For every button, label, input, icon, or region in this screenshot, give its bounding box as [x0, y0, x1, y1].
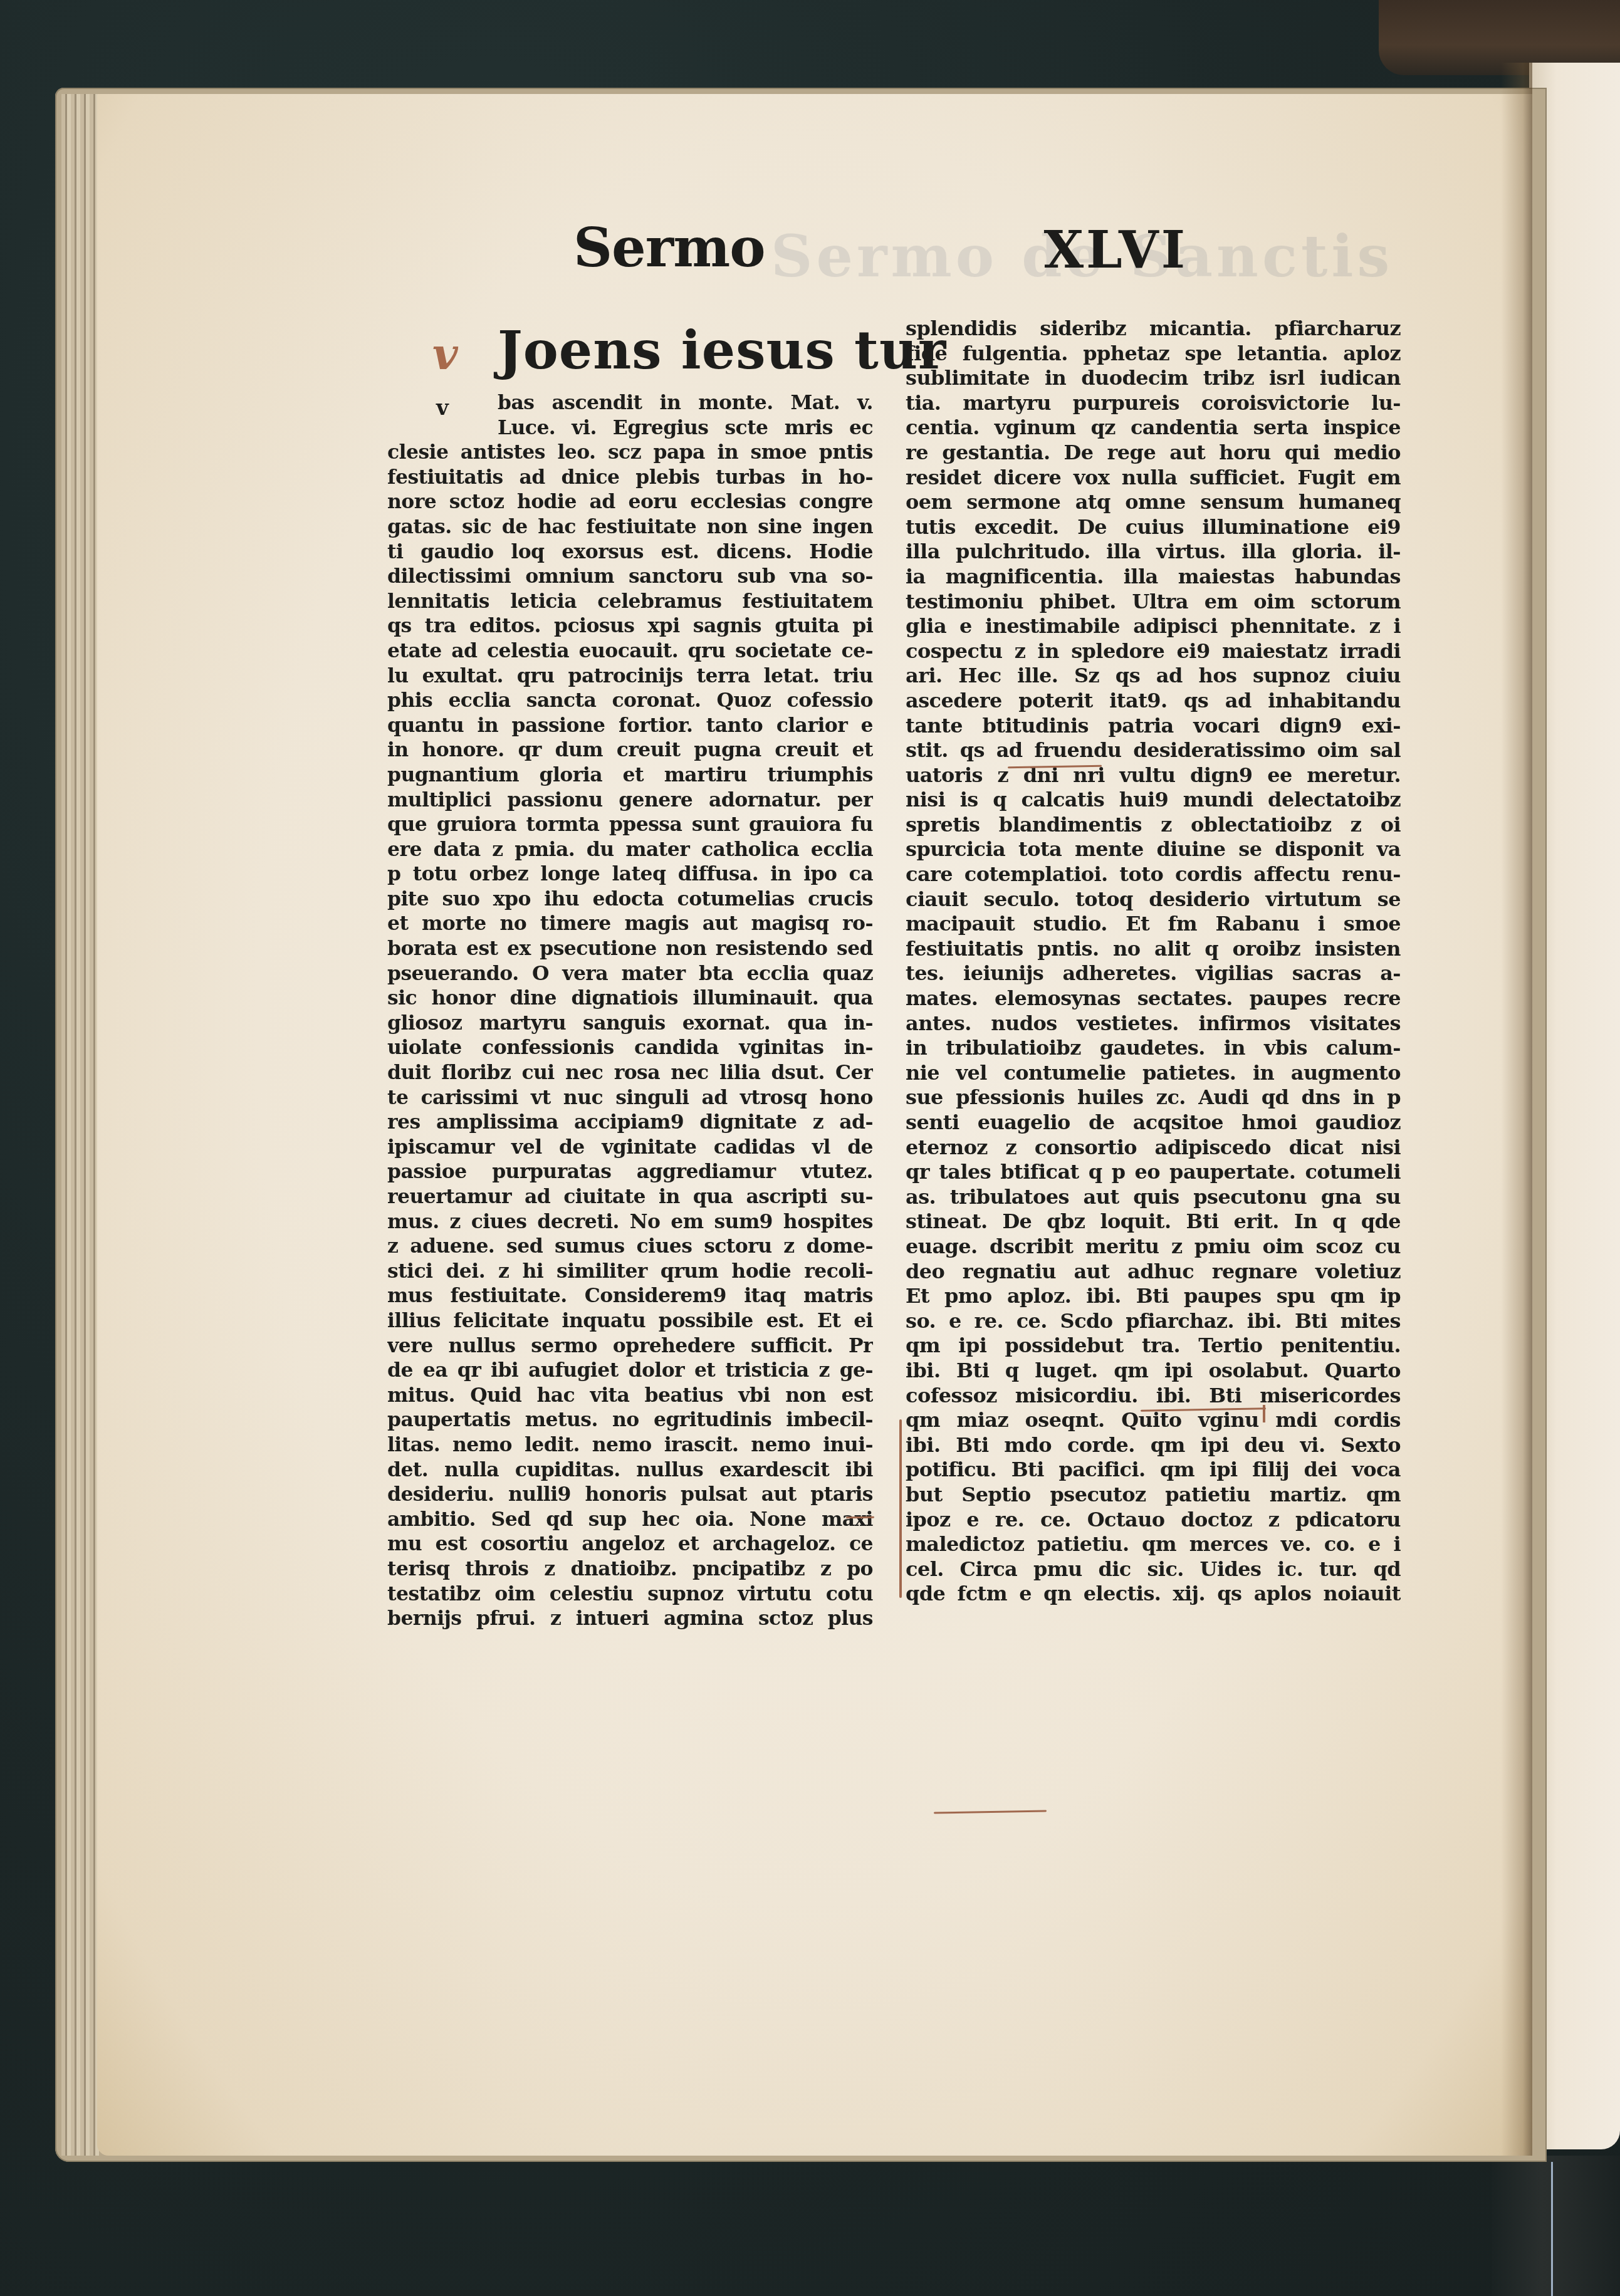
text-line: bas ascendit in monte. Mat. v. — [387, 390, 873, 415]
text-line: etate ad celestia euocauit. qru societat… — [387, 639, 873, 664]
text-line: tante btitudinis patria vocari dign9 exi… — [906, 714, 1401, 739]
text-line: reuertamur ad ciuitate in qua ascripti s… — [387, 1184, 873, 1209]
text-line: but Septio psecutoz patietiu martiz. qm — [906, 1483, 1401, 1508]
text-line: passioe purpuratas aggrediamur vtutez. — [387, 1159, 873, 1184]
text-line: phis ecclia sancta coronat. Quoz cofessi… — [387, 688, 873, 713]
text-line: terisq throis z dnatioibz. pncipatibz z … — [387, 1557, 873, 1582]
folio-number: XLVI — [1043, 220, 1188, 280]
text-line: de ea qr ibi aufugiet dolor et tristicia… — [387, 1358, 873, 1383]
text-line: vere nullus sermo oprehedere sufficit. P… — [387, 1333, 873, 1359]
text-line: res amplissima accipiam9 dignitate z ad- — [387, 1110, 873, 1135]
text-line: spurcicia tota mente diuine se disponit … — [906, 837, 1401, 862]
text-line: nisi is q calcatis hui9 mundi delectatoi… — [906, 788, 1401, 813]
text-line: spretis blandimentis z oblectatioibz z o… — [906, 813, 1401, 838]
text-line: pite suo xpo ihu edocta cotumelias cruci… — [387, 887, 873, 912]
text-line: gatas. sic de hac festiuitate non sine i… — [387, 514, 873, 540]
text-line: gliosoz martyru sanguis exornat. qua in- — [387, 1011, 873, 1036]
text-line: illa pulchritudo. illa virtus. illa glor… — [906, 540, 1401, 565]
text-line: uatoris z dni nri vultu dign9 ee meretur… — [906, 763, 1401, 788]
text-line: desideriu. nulli9 honoris pulsat aut pta… — [387, 1482, 873, 1507]
incipit: v Joens iesus tur — [387, 316, 873, 390]
text-line: litas. nemo ledit. nemo irascit. nemo in… — [387, 1432, 873, 1458]
text-line: ibi. Bti q luget. qm ipi osolabut. Quart… — [906, 1359, 1401, 1384]
text-line: stit. qs ad fruendu desideratissimo oim … — [906, 738, 1401, 763]
rubric-margin-bracket — [899, 1419, 902, 1598]
text-line: borata est ex psecutione non resistendo … — [387, 936, 873, 961]
book-binding-bottom — [1492, 2156, 1620, 2296]
text-line: sublimitate in duodecim tribz isrl iudic… — [906, 366, 1401, 391]
incipit-text: Joens iesus tur — [498, 316, 873, 384]
text-line: oem sermone atq omne sensum humaneq — [906, 490, 1401, 515]
text-line: mus festiuitate. Considerem9 itaq matris — [387, 1283, 873, 1308]
text-line: deo regnatiu aut adhuc regnare voletiuz — [906, 1260, 1401, 1285]
text-line: ia magnificentia. illa maiestas habundas — [906, 565, 1401, 590]
rubric-mark — [1263, 1405, 1265, 1422]
text-line: mitus. Quid hac vita beatius vbi non est — [387, 1383, 873, 1408]
text-line: testimoniu phibet. Ultra em oim sctorum — [906, 590, 1401, 615]
text-line: so. e re. ce. Scdo pfiarchaz. ibi. Bti m… — [906, 1309, 1401, 1334]
text-line: care cotemplatioi. toto cordis affectu r… — [906, 862, 1401, 887]
text-line: bernijs pfrui. z intueri agmina sctoz pl… — [387, 1606, 873, 1631]
running-head-title: Sermo — [573, 216, 765, 279]
text-line: sic honor dine dignatiois illuminauit. q… — [387, 986, 873, 1011]
text-line: eternoz z consortio adipiscedo dicat nis… — [906, 1135, 1401, 1161]
text-line: sue pfessionis huiles zc. Audi qd dns in… — [906, 1085, 1401, 1110]
text-line: ti gaudio loq exorsus est. dicens. Hodie — [387, 540, 873, 565]
text-line: ipoz e re. ce. Octauo doctoz z pdicatoru — [906, 1508, 1401, 1533]
text-line: tes. ieiunijs adheretes. vigilias sacras… — [906, 961, 1401, 986]
text-line: det. nulla cupiditas. nullus exardescit … — [387, 1458, 873, 1483]
text-line: multiplici passionu genere adornatur. pe… — [387, 788, 873, 813]
text-line: duit floribz cui nec rosa nec lilia dsut… — [387, 1060, 873, 1085]
text-column-right: splendidis sideribz micantia. pfiarcharu… — [906, 316, 1401, 1607]
text-line: nore sctoz hodie ad eoru ecclesias congr… — [387, 489, 873, 514]
text-line: p totu orbez longe lateq diffusa. in ipo… — [387, 862, 873, 887]
text-line: z aduene. sed sumus ciues sctoru z dome- — [387, 1234, 873, 1259]
text-line: potificu. Bti pacifici. qm ipi filij dei… — [906, 1458, 1401, 1483]
text-line: dilectissimi omnium sanctoru sub vna so- — [387, 564, 873, 589]
text-line: cel. Circa pmu dic sic. Uides ic. tur. q… — [906, 1557, 1401, 1582]
text-line: ari. Hec ille. Sz qs ad hos supnoz ciuiu — [906, 664, 1401, 689]
text-line: mates. elemosynas sectates. paupes recre — [906, 986, 1401, 1011]
text-column-left: v Joens iesus tur v bas ascendit in mont… — [387, 316, 873, 1631]
binding-thread — [1551, 2162, 1553, 2296]
text-line: mus. z ciues decreti. No em sum9 hospite… — [387, 1209, 873, 1234]
text-line: antes. nudos vestietes. infirmos visitat… — [906, 1011, 1401, 1036]
text-line: ascedere poterit itat9. qs ad inhabitand… — [906, 689, 1401, 714]
text-line: centia. vginum qz candentia serta inspic… — [906, 415, 1401, 441]
text-line: cospectu z in spledore ei9 maiestatz irr… — [906, 639, 1401, 664]
text-line: te carissimi vt nuc singuli ad vtrosq ho… — [387, 1085, 873, 1110]
text-line: mu est cosortiu angeloz et archageloz. c… — [387, 1532, 873, 1557]
text-line: clesie antistes leo. scz papa in smoe pn… — [387, 440, 873, 465]
text-line: lu exultat. qru patrocinijs terra letat.… — [387, 664, 873, 689]
gutter-shadow — [1501, 63, 1532, 2156]
text-line: festiuitatis pntis. no alit q oroibz ins… — [906, 937, 1401, 962]
text-line: ibi. Bti mdo corde. qm ipi deu vi. Sexto — [906, 1433, 1401, 1458]
printed-guide-letter: v — [436, 395, 449, 420]
text-line: lennitatis leticia celebramus festiuitat… — [387, 589, 873, 614]
text-line: tutis excedit. De cuius illuminatione ei… — [906, 515, 1401, 540]
text-line: re gestantia. De rege aut horu qui medio — [906, 441, 1401, 466]
text-line: as. tribulatoes aut quis psecutonu gna s… — [906, 1185, 1401, 1210]
text-line: ambitio. Sed qd sup hec oia. None maxi — [387, 1507, 873, 1532]
text-line: qde fctm e qn electis. xij. qs aplos noi… — [906, 1582, 1401, 1607]
text-line: pugnantium gloria et martiru triumphis — [387, 763, 873, 788]
text-line: glia e inestimabile adipisci phennitate.… — [906, 614, 1401, 639]
text-line: Luce. vi. Egregius scte mris ec — [387, 415, 873, 441]
text-line: tia. martyru purpureis coroisvictorie lu… — [906, 391, 1401, 416]
text-line: illius felicitate inquatu possibile est.… — [387, 1308, 873, 1333]
text-line: qr tales btificat q p eo paupertate. cot… — [906, 1160, 1401, 1185]
text-line: paupertatis metus. no egritudinis imbeci… — [387, 1407, 873, 1432]
text-line: ipiscamur vel de vginitate cadidas vl de — [387, 1135, 873, 1160]
text-line: et morte no timere magis aut magisq ro- — [387, 911, 873, 936]
text-line: residet dicere vox nulla sufficiet. Fugi… — [906, 466, 1401, 491]
text-line: quantu in passione fortior. tanto clario… — [387, 713, 873, 738]
text-line: in tribulatioibz gaudetes. in vbis calum… — [906, 1036, 1401, 1061]
text-line: maledictoz patietiu. qm merces ve. co. e… — [906, 1532, 1401, 1557]
text-line: uiolate confessionis candida vginitas in… — [387, 1035, 873, 1060]
text-line: pseuerando. O vera mater bta ecclia quaz — [387, 961, 873, 986]
text-line: qs tra editos. pciosus xpi sagnis gtuita… — [387, 613, 873, 639]
text-line: fide fulgentia. pphetaz spe letantia. ap… — [906, 342, 1401, 367]
text-line: que gruiora tormta ppessa sunt grauiora … — [387, 812, 873, 837]
text-line: stineat. De qbz loquit. Bti erit. In q q… — [906, 1209, 1401, 1234]
text-line: euage. dscribit meritu z pmiu oim scoz c… — [906, 1234, 1401, 1260]
text-line: stici dei. z hi similiter qrum hodie rec… — [387, 1259, 873, 1284]
text-line: nie vel contumelie patietes. in augmento — [906, 1061, 1401, 1086]
text-line: festiuitatis ad dnice plebis turbas in h… — [387, 465, 873, 490]
rubricated-guide-letter: v — [432, 328, 458, 380]
text-line: ere data z pmia. du mater catholica eccl… — [387, 837, 873, 862]
text-line: Et pmo aploz. ibi. Bti paupes spu qm ip — [906, 1284, 1401, 1309]
running-head: Sermo XLVI — [573, 216, 1188, 285]
text-line: qm ipi possidebut tra. Tertio penitentiu… — [906, 1333, 1401, 1359]
text-line: senti euagelio de acqsitoe hmoi gaudioz — [906, 1110, 1401, 1135]
text-line: macipauit studio. Et fm Rabanu i smoe — [906, 912, 1401, 937]
text-line: in honore. qr dum creuit pugna creuit et — [387, 738, 873, 763]
text-line: ciauit seculo. totoq desiderio virtutum … — [906, 887, 1401, 912]
text-line: qm miaz oseqnt. Quito vginu mdi cordis — [906, 1408, 1401, 1433]
text-line: cofessoz misicordiu. ibi. Bti misericord… — [906, 1384, 1401, 1409]
text-line: splendidis sideribz micantia. pfiarcharu… — [906, 316, 1401, 342]
text-line: testatibz oim celestiu supnoz virtutu co… — [387, 1582, 873, 1607]
